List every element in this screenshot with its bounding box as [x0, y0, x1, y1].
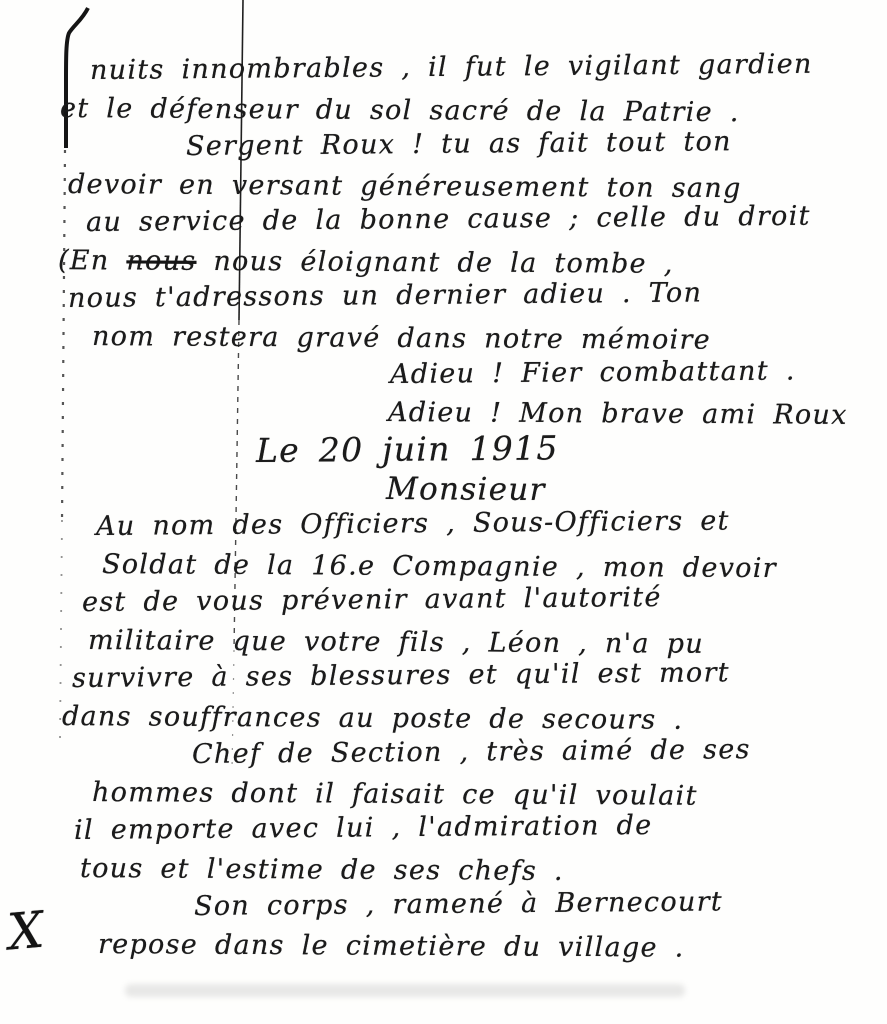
handwritten-line: nuits innombrables , il fut le vigilant … [90, 45, 868, 90]
crossed-out-word: nous [126, 245, 196, 276]
handwritten-line: il emporte avec lui , l'admiration de [74, 805, 868, 850]
handwritten-line: Au nom des Officiers , Sous-Officiers et [96, 501, 868, 546]
handwritten-line: Chef de Section , très aimé de ses [192, 730, 868, 774]
handwritten-line: nous t'adressons un dernier adieu . Ton [68, 273, 868, 318]
line-prefix: (En [58, 245, 127, 276]
x-margin-mark: X [6, 901, 47, 962]
scanned-letter-page: nuits innombrables , il fut le vigilant … [0, 0, 887, 1024]
handwritten-line: Sergent Roux ! tu as fait tout ton [186, 122, 868, 166]
ink-bleed-smudge [125, 984, 685, 997]
handwritten-line: survivre à ses blessures et qu'il est mo… [72, 653, 868, 698]
date-line: Le 20 juin 1915 [256, 427, 868, 470]
handwritten-line: repose dans le cimetière du village . [98, 926, 868, 969]
handwritten-line: est de vous prévenir avant l'autorité [82, 577, 868, 622]
letter-body: nuits innombrables , il fut le vigilant … [58, 52, 868, 964]
handwritten-line: au service de la bonne cause ; celle du … [86, 197, 868, 242]
handwritten-line: Son corps , ramené à Bernecourt [194, 882, 868, 926]
handwritten-line: Adieu ! Fier combattant . [390, 352, 868, 394]
